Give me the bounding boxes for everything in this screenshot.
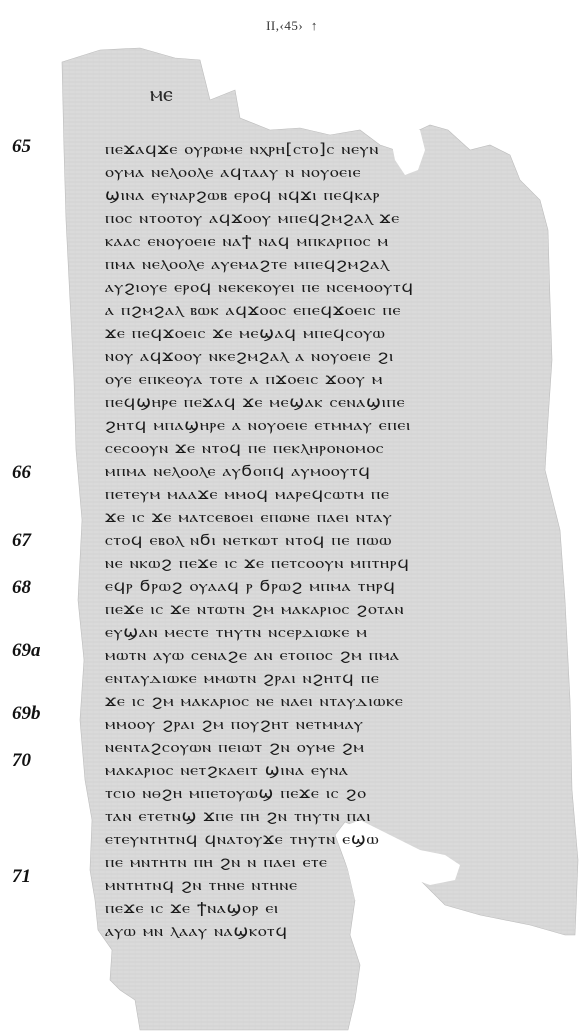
text-line: ⲧⲥⲓⲟ ⲛⲑϩⲏ ⲙⲡⲉⲧⲟⲩⲱϣ ⲡⲉϫⲉ ⲓⲥ ϩⲟ — [105, 784, 367, 803]
text-line: ⲡⲙⲁ ⲛⲉⲗⲟⲟⲗⲉ ⲁⲩⲉⲙⲁϩⲧⲉ ⲙⲡⲉϥϩⲙϩⲁⲗ — [105, 255, 389, 274]
text-line: ϫⲉ ⲡⲉϥϫⲟⲉⲓⲥ ϫⲉ ⲙⲉϣⲁϥ ⲙⲡⲉϥⲥⲟⲩⲱ — [105, 324, 385, 343]
text-line: ⲧⲁⲛ ⲉⲧⲉⲧⲛϣ ϫⲡⲉ ⲡⲏ ϩⲛ ⲧⲏⲩⲧⲛ ⲡⲁⲓ — [105, 807, 371, 826]
text-line: ⲕⲁⲁⲥ ⲉⲛⲟⲩⲟⲉⲓⲉ ⲛⲁϯ ⲛⲁϥ ⲙⲡⲕⲁⲣⲡⲟⲥ ⲙ — [105, 232, 389, 251]
saying-number-69b: 69b — [12, 703, 41, 725]
text-line: ⲉϥⲣ ϭⲣⲱϩ ⲟⲩⲁⲁϥ ⲣ ϭⲣⲱϩ ⲙⲡⲙⲁ ⲧⲏⲣϥ — [105, 577, 396, 596]
text-line: ϫⲉ ⲓⲥ ϫⲉ ⲙⲁⲧⲥⲉⲃⲟⲉⲓ ⲉⲡⲱⲛⲉ ⲡⲁⲉⲓ ⲛⲧⲁⲩ — [105, 508, 393, 527]
text-line: ⲥⲧⲟϥ ⲉⲃⲟⲗ ⲛϭⲓ ⲛⲉⲧⲕⲱⲧ ⲛⲧⲟϥ ⲡⲉ ⲡⲱⲱ — [105, 531, 392, 550]
text-line: ⲁⲩϩⲓⲟⲩⲉ ⲉⲣⲟϥ ⲛⲉⲕⲉⲕⲟⲩⲉⲓ ⲡⲉ ⲛⲥⲉⲙⲟⲟⲩⲧϥ — [105, 278, 414, 297]
text-line: ⲙⲙⲟⲟⲩ ϩⲣⲁⲓ ϩⲙ ⲡⲟⲩϩⲏⲧ ⲛⲉⲧⲙⲙⲁⲩ — [105, 715, 364, 734]
text-line: ⲙⲛⲧⲏⲧⲛϥ ϩⲛ ⲧⲏⲛⲉ ⲛⲧⲏⲛⲉ — [105, 876, 298, 895]
text-line: ⲛⲟⲩ ⲁϥϫⲟⲟⲩ ⲛⲕⲉϩⲙϩⲁⲗ ⲁ ⲛⲟⲩⲟⲉⲓⲉ ϩⲓ — [105, 347, 394, 366]
text-line: ⲡⲉϫⲉ ⲓⲥ ϫⲉ ϯⲛⲁϣⲟⲣ ⲉⲓ — [105, 899, 279, 918]
saying-number-66: 66 — [12, 462, 31, 484]
text-line: ⲉⲛⲧⲁⲩⲇⲓⲱⲕⲉ ⲙⲙⲱⲧⲛ ϩⲣⲁⲓ ⲛϩⲏⲧϥ ⲡⲉ — [105, 669, 379, 688]
text-line: ⲙⲡⲙⲁ ⲛⲉⲗⲟⲟⲗⲉ ⲁⲩϭⲟⲡϥ ⲁⲩⲙⲟⲟⲩⲧϥ — [105, 462, 371, 481]
text-line: ⲙⲁⲕⲁⲣⲓⲟⲥ ⲛⲉⲧϩⲕⲁⲉⲓⲧ ϣⲓⲛⲁ ⲉⲩⲛⲁ — [105, 761, 349, 780]
saying-number-68: 68 — [12, 577, 31, 599]
saying-number-65: 65 — [12, 136, 31, 158]
text-line: ϣⲓⲛⲁ ⲉⲩⲛⲁⲣϩⲱⲃ ⲉⲣⲟϥ ⲛϥϫⲓ ⲡⲉϥⲕⲁⲣ — [105, 186, 380, 205]
text-line: ⲟⲩⲙⲁ ⲛⲉⲗⲟⲟⲗⲉ ⲁϥⲧⲁⲁⲩ ⲛ ⲛⲟⲩⲟⲉⲓⲉ — [105, 163, 361, 182]
saying-number-70: 70 — [12, 750, 31, 772]
text-line: ⲡⲉϥϣⲏⲣⲉ ⲡⲉϫⲁϥ ϫⲉ ⲙⲉϣⲁⲕ ⲥⲉⲛⲁϣⲓⲡⲉ — [105, 393, 405, 412]
text-line: ⲛⲉⲛⲧⲁϩⲥⲟⲩⲱⲛ ⲡⲉⲓⲱⲧ ϩⲛ ⲟⲩⲙⲉ ϩⲙ — [105, 738, 365, 757]
text-line: ⲥⲉⲥⲟⲟⲩⲛ ϫⲉ ⲛⲧⲟϥ ⲡⲉ ⲡⲉⲕⲗⲏⲣⲟⲛⲟⲙⲟⲥ — [105, 439, 384, 458]
text-line: ⲛⲉ ⲛⲕⲱϩ ⲡⲉϫⲉ ⲓⲥ ϫⲉ ⲡⲉⲧⲥⲟⲟⲩⲛ ⲙⲡⲧⲏⲣϥ — [105, 554, 410, 573]
text-line: ⲟⲩⲉ ⲉⲡⲕⲉⲟⲩⲁ ⲧⲟⲧⲉ ⲁ ⲡϫⲟⲉⲓⲥ ϫⲟⲟⲩ ⲙ — [105, 370, 383, 389]
text-line: ⲁ ⲡϩⲙϩⲁⲗ ⲃⲱⲕ ⲁϥϫⲟⲟⲥ ⲉⲡⲉϥϫⲟⲉⲓⲥ ⲡⲉ — [105, 301, 401, 320]
text-line: ϩⲏⲧϥ ⲙⲡⲁϣⲏⲣⲉ ⲁ ⲛⲟⲩⲟⲉⲓⲉ ⲉⲧⲙⲙⲁⲩ ⲉⲡⲉⲓ — [105, 416, 411, 435]
text-line: ⲡⲉⲧⲉⲩⲙ ⲙⲁⲁϫⲉ ⲙⲙⲟϥ ⲙⲁⲣⲉϥⲥⲱⲧⲙ ⲡⲉ — [105, 485, 390, 504]
text-line: ⲙⲱⲧⲛ ⲁⲩⲱ ⲥⲉⲛⲁϩⲉ ⲁⲛ ⲉⲧⲟⲡⲟⲥ ϩⲙ ⲡⲙⲁ — [105, 646, 400, 665]
saying-number-71: 71 — [12, 866, 31, 888]
text-line: ⲡⲟⲥ ⲛⲧⲟⲟⲧⲟⲩ ⲁϥϫⲟⲟⲩ ⲙⲡⲉϥϩⲙϩⲁⲗ ϫⲉ — [105, 209, 400, 228]
text-line: ⲉⲩϣⲁⲛ ⲙⲉⲥⲧⲉ ⲧⲏⲩⲧⲛ ⲛⲥⲉⲣⲇⲓⲱⲕⲉ ⲙ — [105, 623, 368, 642]
page-number-mark: ⲙⲉ — [150, 82, 173, 107]
saying-number-69a: 69a — [12, 640, 41, 662]
text-line: ϫⲉ ⲓⲥ ϩⲙ ⲙⲁⲕⲁⲣⲓⲟⲥ ⲛⲉ ⲛⲁⲉⲓ ⲛⲧⲁⲩⲇⲓⲱⲕⲉ — [105, 692, 403, 711]
text-line: ⲉⲧⲉⲩⲛⲧⲏⲧⲛϥ ϥⲛⲁⲧⲟⲩϫⲉ ⲧⲏⲩⲧⲛ ⲉϣⲱ — [105, 830, 379, 849]
text-line: ⲡⲉϫⲁϥϫⲉ ⲟⲩⲣⲱⲙⲉ ⲛⲭⲣⲏ[ⲥⲧⲟ]ⲥ ⲛⲉⲩⲛ — [105, 140, 379, 159]
text-line: ⲁⲩⲱ ⲙⲛ ⲗⲁⲁⲩ ⲛⲁϣⲕⲟⲧϥ — [105, 922, 288, 941]
saying-number-67: 67 — [12, 530, 31, 552]
text-line: ⲡⲉ ⲙⲛⲧⲏⲧⲛ ⲡⲏ ϩⲛ ⲛ ⲡⲁⲉⲓ ⲉⲧⲉ — [105, 853, 328, 872]
text-line: ⲡⲉϫⲉ ⲓⲥ ϫⲉ ⲛⲧⲱⲧⲛ ϩⲙ ⲙⲁⲕⲁⲣⲓⲟⲥ ϩⲟⲧⲁⲛ — [105, 600, 404, 619]
